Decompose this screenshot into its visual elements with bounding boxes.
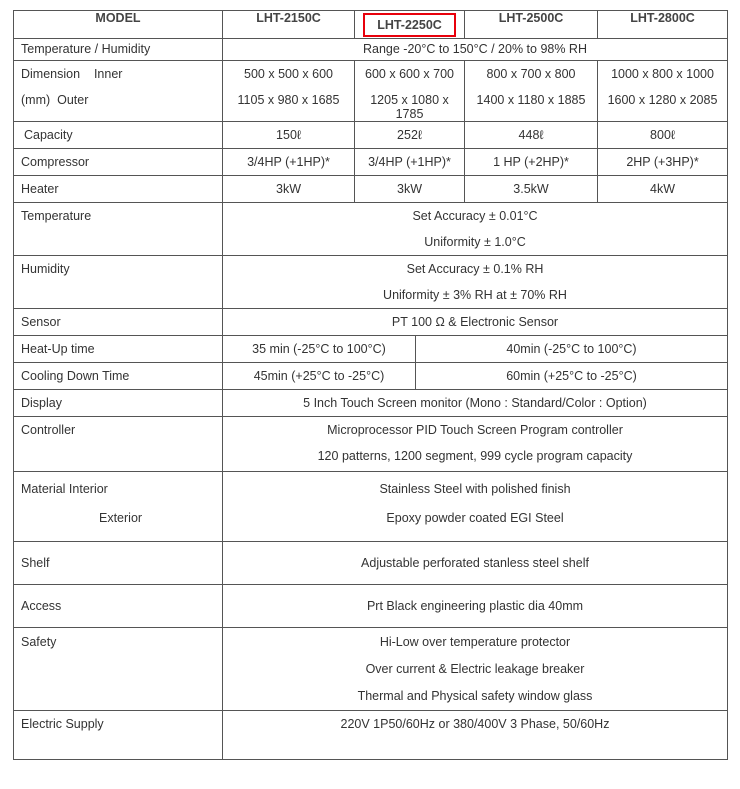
model-lht-2500c: LHT-2500C bbox=[465, 11, 598, 39]
label-inner: Dimension Inner bbox=[21, 61, 215, 87]
row-label: Sensor bbox=[21, 309, 215, 335]
controller-line: 120 patterns, 1200 segment, 999 cycle pr… bbox=[230, 443, 720, 469]
heater-value: 3.5kW bbox=[472, 176, 590, 202]
row-label: Temperature bbox=[21, 203, 215, 229]
compressor-value: 3/4HP (+1HP)* bbox=[362, 149, 457, 175]
exterior-material: Epoxy powder coated EGI Steel bbox=[230, 504, 720, 533]
row-controller: Controller Microprocessor PID Touch Scre… bbox=[14, 417, 728, 472]
row-sensor: Sensor PT 100 Ω & Electronic Sensor bbox=[14, 309, 728, 336]
row-label: Heater bbox=[21, 176, 215, 202]
model-lht-2800c: LHT-2800C bbox=[598, 11, 728, 39]
row-temperature: Temperature Set Accuracy ± 0.01°CUniform… bbox=[14, 203, 728, 256]
row-capacity: Capacity 150ℓ 252ℓ 448ℓ 800ℓ bbox=[14, 122, 728, 149]
inner-dim: 500 x 500 x 600 bbox=[230, 61, 347, 87]
row-label: Heat-Up time bbox=[21, 336, 215, 362]
row-heater: Heater 3kW 3kW 3.5kW 4kW bbox=[14, 176, 728, 203]
heater-value: 3kW bbox=[230, 176, 347, 202]
access-value: Prt Black engineering plastic dia 40mm bbox=[223, 585, 728, 628]
sensor-value: PT 100 Ω & Electronic Sensor bbox=[230, 309, 720, 335]
capacity-value: 150ℓ bbox=[230, 122, 347, 148]
display-value: 5 Inch Touch Screen monitor (Mono : Stan… bbox=[230, 390, 720, 416]
safety-line: Hi-Low over temperature protector bbox=[230, 629, 720, 656]
heat-up-large: 40min (-25°C to 100°C) bbox=[416, 336, 727, 362]
model-header: MODEL bbox=[14, 11, 223, 39]
row-compressor: Compressor 3/4HP (+1HP)* 3/4HP (+1HP)* 1… bbox=[14, 149, 728, 176]
row-label: Compressor bbox=[21, 149, 215, 175]
humidity-accuracy: Set Accuracy ± 0.1% RH bbox=[230, 256, 720, 282]
temp-uniformity: Uniformity ± 1.0°C bbox=[230, 229, 720, 255]
compressor-value: 1 HP (+2HP)* bbox=[472, 149, 590, 175]
label-interior: Material Interior bbox=[21, 475, 215, 504]
row-access: Access Prt Black engineering plastic dia… bbox=[14, 585, 728, 628]
safety-line: Over current & Electric leakage breaker bbox=[230, 656, 720, 683]
row-heat-up: Heat-Up time 35 min (-25°C to 100°C)40mi… bbox=[14, 336, 728, 363]
row-label: Safety bbox=[21, 629, 215, 655]
spec-table: MODEL LHT-2150C LHT-2250C LHT-2500C LHT-… bbox=[13, 10, 728, 760]
row-dimension: Dimension Inner(mm) Outer 500 x 500 x 60… bbox=[14, 61, 728, 122]
humidity-uniformity: Uniformity ± 3% RH at ± 70% RH bbox=[230, 282, 720, 308]
row-display: Display 5 Inch Touch Screen monitor (Mon… bbox=[14, 390, 728, 417]
outer-dim: 1400 x 1180 x 1885 bbox=[472, 87, 590, 113]
controller-line: Microprocessor PID Touch Screen Program … bbox=[230, 417, 720, 443]
row-label: Access bbox=[14, 585, 223, 628]
label-outer: (mm) Outer bbox=[21, 87, 215, 113]
header-row: MODEL LHT-2150C LHT-2250C LHT-2500C LHT-… bbox=[14, 11, 728, 39]
inner-dim: 800 x 700 x 800 bbox=[472, 61, 590, 87]
capacity-value: 448ℓ bbox=[472, 122, 590, 148]
heater-value: 3kW bbox=[362, 176, 457, 202]
row-label: Humidity bbox=[21, 256, 215, 282]
model-lht-2150c: LHT-2150C bbox=[223, 11, 355, 39]
row-label: Temperature / Humidity bbox=[14, 39, 223, 61]
heat-up-small: 35 min (-25°C to 100°C) bbox=[223, 336, 416, 362]
row-label: Capacity bbox=[24, 122, 215, 148]
safety-line: Thermal and Physical safety window glass bbox=[230, 683, 720, 710]
row-cooling: Cooling Down Time 45min (+25°C to -25°C)… bbox=[14, 363, 728, 390]
capacity-value: 252ℓ bbox=[362, 122, 457, 148]
label-exterior: Exterior bbox=[21, 504, 215, 533]
row-material: Material InteriorExterior Stainless Stee… bbox=[14, 472, 728, 542]
shelf-value: Adjustable perforated stanless steel she… bbox=[223, 542, 728, 585]
row-label: Shelf bbox=[14, 542, 223, 585]
heater-value: 4kW bbox=[605, 176, 720, 202]
row-label: Cooling Down Time bbox=[21, 363, 215, 389]
row-value: Range -20°C to 150°C / 20% to 98% RH bbox=[223, 39, 728, 61]
outer-dim: 1205 x 1080 x 1785 bbox=[362, 87, 457, 121]
temp-accuracy: Set Accuracy ± 0.01°C bbox=[230, 203, 720, 229]
compressor-value: 3/4HP (+1HP)* bbox=[230, 149, 347, 175]
row-electric: Electric Supply 220V 1P50/60Hz or 380/40… bbox=[14, 711, 728, 760]
inner-dim: 1000 x 800 x 1000 bbox=[605, 61, 720, 87]
row-humidity: Humidity Set Accuracy ± 0.1% RHUniformit… bbox=[14, 256, 728, 309]
cooling-large: 60min (+25°C to -25°C) bbox=[416, 363, 727, 389]
outer-dim: 1105 x 980 x 1685 bbox=[230, 87, 347, 113]
row-label: Electric Supply bbox=[14, 711, 223, 760]
row-safety: Safety Hi-Low over temperature protector… bbox=[14, 628, 728, 711]
electric-value: 220V 1P50/60Hz or 380/400V 3 Phase, 50/6… bbox=[223, 711, 728, 760]
interior-material: Stainless Steel with polished finish bbox=[230, 475, 720, 504]
compressor-value: 2HP (+3HP)* bbox=[605, 149, 720, 175]
highlight-box: LHT-2250C bbox=[363, 13, 456, 37]
row-label: Controller bbox=[21, 417, 215, 443]
cooling-small: 45min (+25°C to -25°C) bbox=[223, 363, 416, 389]
model-lht-2250c: LHT-2250C bbox=[355, 11, 465, 39]
row-label: Display bbox=[21, 390, 215, 416]
row-shelf: Shelf Adjustable perforated stanless ste… bbox=[14, 542, 728, 585]
outer-dim: 1600 x 1280 x 2085 bbox=[605, 87, 720, 113]
row-temp-humidity: Temperature / Humidity Range -20°C to 15… bbox=[14, 39, 728, 61]
capacity-value: 800ℓ bbox=[605, 122, 720, 148]
inner-dim: 600 x 600 x 700 bbox=[362, 61, 457, 87]
